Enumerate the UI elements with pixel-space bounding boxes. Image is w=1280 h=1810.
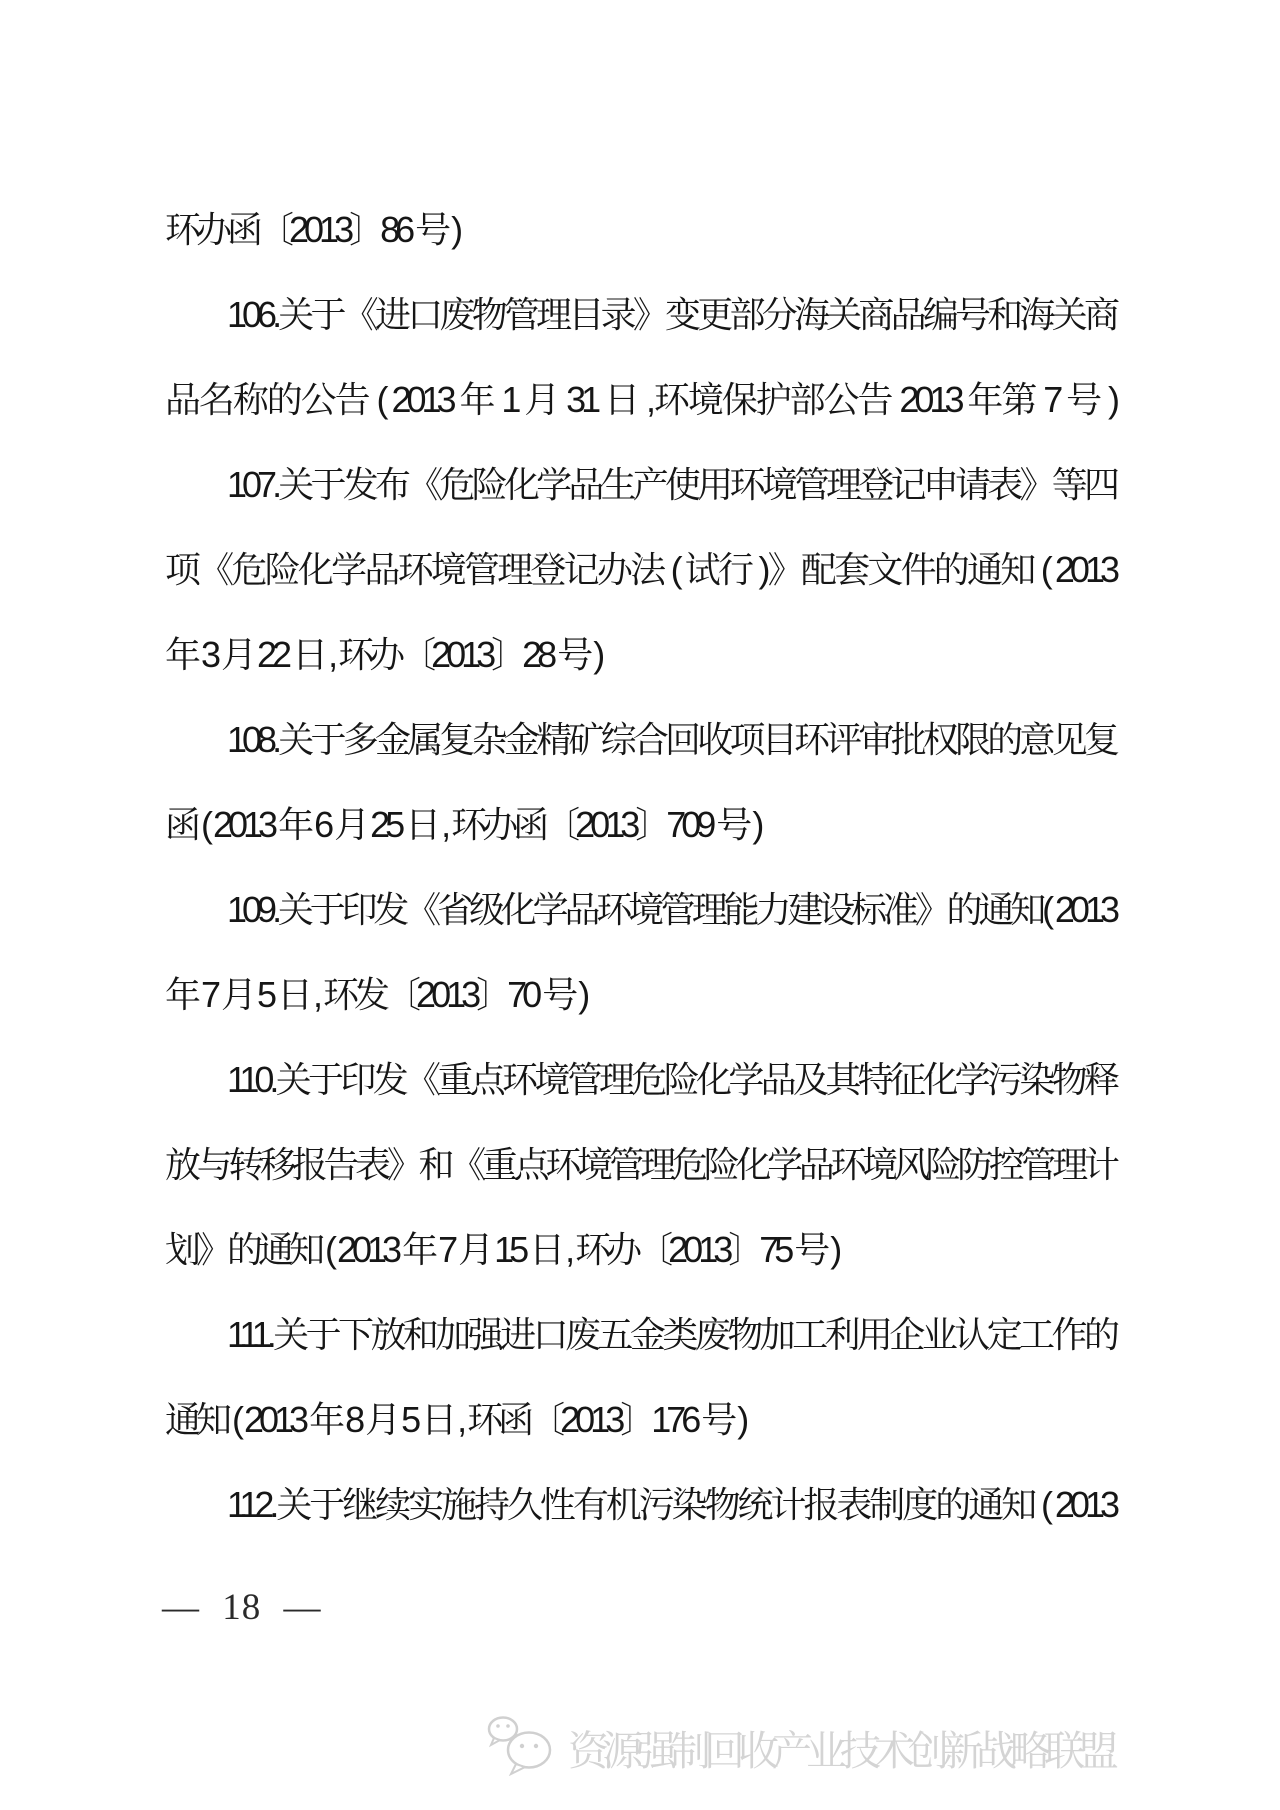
- text-line: 112.关于继续实施持久性有机污染物统计报表制度的通知 ( 2013: [165, 1462, 1115, 1547]
- text-line: 年 3 月 22 日 , 环办〔2013〕28 号 ): [165, 612, 1115, 697]
- text-line: 品名称的公告 ( 2013 年 1 月 31 日 ,环境保护部公告 2013 年…: [165, 357, 1115, 442]
- text-line: 110.关于印发《重点环境管理危险化学品及其特征化学污染物释: [165, 1037, 1115, 1122]
- text-line: 划》的通知 ( 2013 年 7 月 15 日 , 环办〔2013〕75 号 ): [165, 1207, 1115, 1292]
- text-line: 年 7 月 5 日 , 环发〔2013〕70 号 ): [165, 952, 1115, 1037]
- text-line: 109.关于印发《省级化学品环境管理能力建设标准》的通知( 2013: [165, 867, 1115, 952]
- text-line: 环办函〔2013〕86 号 ): [165, 187, 1115, 272]
- text-line: 项《危险化学品环境管理登记办法 ( 试行 )》配套文件的通知 ( 2013: [165, 527, 1115, 612]
- document-body: 环办函〔2013〕86 号 )106.关于《进口废物管理目录》变更部分海关商品编…: [165, 187, 1115, 1547]
- text-line: 放与转移报告表》和《重点环境管理危险化学品环境风险防控管理计: [165, 1122, 1115, 1207]
- wechat-icon: [486, 1714, 558, 1781]
- footer-watermark: 资源强制回收产业技术创新战略联盟: [486, 1714, 1112, 1781]
- text-line: 111.关于下放和加强进口废五金类废物加工利用企业认定工作的: [165, 1292, 1115, 1377]
- text-line: 107.关于发布《危险化学品生产使用环境管理登记申请表》等四: [165, 442, 1115, 527]
- text-line: 106.关于《进口废物管理目录》变更部分海关商品编号和海关商: [165, 272, 1115, 357]
- page-number: — 18 —: [162, 1586, 322, 1629]
- text-line: 函 ( 2013 年 6 月 25 日 , 环办函〔2013〕709 号 ): [165, 782, 1115, 867]
- document-page: 环办函〔2013〕86 号 )106.关于《进口废物管理目录》变更部分海关商品编…: [0, 0, 1280, 1810]
- text-line: 108.关于多金属复杂金精矿综合回收项目环评审批权限的意见复: [165, 697, 1115, 782]
- text-line: 通知 ( 2013 年 8 月 5 日 , 环函〔2013〕176 号 ): [165, 1377, 1115, 1462]
- watermark-text: 资源强制回收产业技术创新战略联盟: [568, 1718, 1112, 1777]
